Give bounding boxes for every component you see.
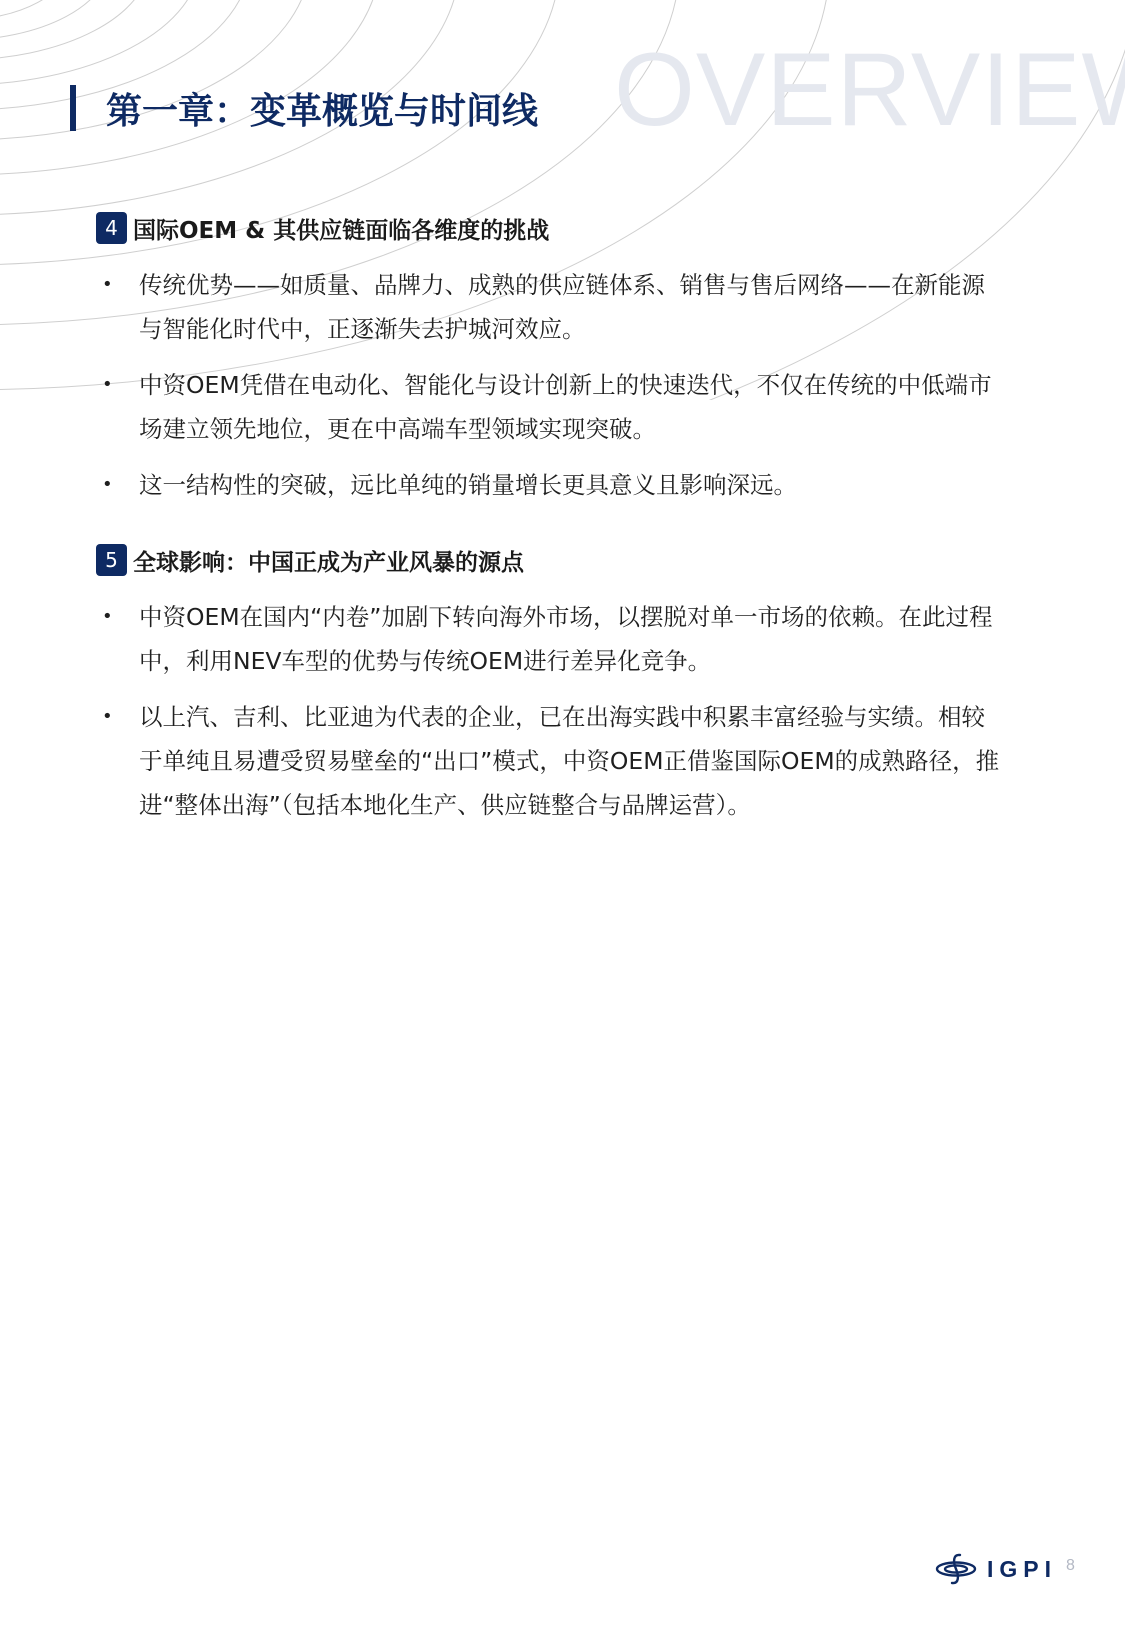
bullet-dot-icon: • [102, 695, 113, 739]
watermark-overview: OVERVIEW [614, 38, 1125, 142]
bullet-item: • 传统优势——如质量、品牌力、成熟的供应链体系、销售与售后网络——在新能源与智… [96, 263, 1004, 351]
page-number: 8 [1066, 1557, 1075, 1575]
bullet-item: • 这一结构性的突破，远比单纯的销量增长更具意义且影响深远。 [96, 463, 1004, 507]
bullet-dot-icon: • [102, 263, 113, 307]
igpi-logo: IGPI [935, 1552, 1057, 1586]
bullet-item: • 中资OEM在国内“内卷”加剧下转向海外市场，以摆脱对单一市场的依赖。在此过程… [96, 595, 1004, 683]
bullet-text: 中资OEM在国内“内卷”加剧下转向海外市场，以摆脱对单一市场的依赖。在此过程中，… [139, 603, 992, 675]
bullet-item: • 以上汽、吉利、比亚迪为代表的企业，已在出海实践中积累丰富经验与实绩。相较于单… [96, 695, 1004, 827]
chapter-title: 第一章：变革概览与时间线 [106, 83, 538, 134]
section-number-badge: 5 [96, 544, 127, 576]
bullet-item: • 中资OEM凭借在电动化、智能化与设计创新上的快速迭代，不仅在传统的中低端市场… [96, 363, 1004, 451]
igpi-logo-text: IGPI [987, 1556, 1057, 1583]
section-heading: 4 国际OEM & 其供应链面临各维度的挑战 [96, 211, 1016, 245]
section-number-badge: 4 [96, 212, 127, 244]
bullet-dot-icon: • [102, 463, 113, 507]
section-4: 4 国际OEM & 其供应链面临各维度的挑战 • 传统优势——如质量、品牌力、成… [96, 211, 1016, 507]
section-title: 国际OEM & 其供应链面临各维度的挑战 [133, 212, 549, 245]
section-5: 5 全球影响：中国正成为产业风暴的源点 • 中资OEM在国内“内卷”加剧下转向海… [96, 543, 1016, 827]
bullet-list: • 中资OEM在国内“内卷”加剧下转向海外市场，以摆脱对单一市场的依赖。在此过程… [96, 595, 1016, 827]
bullet-text: 传统优势——如质量、品牌力、成熟的供应链体系、销售与售后网络——在新能源与智能化… [139, 271, 985, 343]
bullet-list: • 传统优势——如质量、品牌力、成熟的供应链体系、销售与售后网络——在新能源与智… [96, 263, 1016, 507]
igpi-logo-mark-icon [935, 1552, 977, 1586]
chapter-heading: 第一章：变革概览与时间线 [70, 84, 538, 132]
bullet-dot-icon: • [102, 363, 113, 407]
section-heading: 5 全球影响：中国正成为产业风暴的源点 [96, 543, 1016, 577]
chapter-accent-bar [70, 85, 76, 131]
bullet-dot-icon: • [102, 595, 113, 639]
section-title: 全球影响：中国正成为产业风暴的源点 [133, 544, 524, 577]
bullet-text: 中资OEM凭借在电动化、智能化与设计创新上的快速迭代，不仅在传统的中低端市场建立… [139, 371, 992, 443]
bullet-text: 这一结构性的突破，远比单纯的销量增长更具意义且影响深远。 [139, 471, 797, 499]
bullet-text: 以上汽、吉利、比亚迪为代表的企业，已在出海实践中积累丰富经验与实绩。相较于单纯且… [139, 703, 999, 819]
